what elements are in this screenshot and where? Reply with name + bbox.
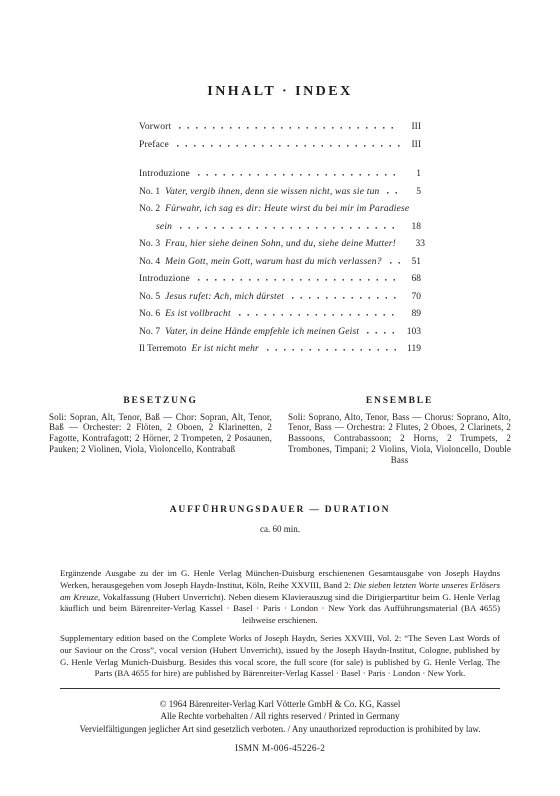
toc-entry-title: Es ist vollbracht [165, 309, 231, 319]
table-of-contents: Vorwort III Preface III Introduzione 1 N… [139, 122, 421, 362]
toc-entry-title: Vorwort [139, 122, 171, 132]
toc-entry-title: Vater, in deine Hände empfehle ich meine… [165, 327, 359, 337]
toc-dot-leader [177, 144, 400, 147]
toc-page-number: 33 [411, 239, 425, 249]
toc-entry-prefix: No. 5 [139, 292, 160, 302]
toc-dot-leader [390, 261, 400, 264]
toc-page-number: 119 [407, 344, 421, 354]
toc-entry-label: No. 3Frau, hier siehe deinen Sohn, und d… [139, 239, 396, 249]
toc-entry-label: No. 1Vater, vergib ihnen, denn sie wisse… [139, 187, 379, 197]
toc-dot-leader [267, 348, 400, 351]
toc-entry-title: Mein Gott, mein Gott, warum hast du mich… [165, 257, 382, 267]
ensemble-heading: ENSEMBLE [288, 396, 511, 406]
toc-entry-title: Frau, hier siehe deinen Sohn, und du, si… [165, 239, 396, 249]
toc-page-number: III [407, 122, 421, 132]
toc-page-number: 70 [407, 292, 421, 302]
toc-row-introduzione-2: Introduzione 68 [139, 274, 421, 292]
toc-entry-label: No. 6Es ist vollbracht [139, 309, 231, 319]
toc-entry-prefix: No. 1 [139, 187, 160, 197]
score-index-page: INHALT · INDEX Vorwort III Preface III I… [0, 0, 560, 796]
toc-entry-label: No. 2Fürwahr, ich sag es dir: Heute wirs… [139, 204, 409, 214]
toc-row-terremoto: Il TerremotoEr ist nicht mehr 119 [139, 344, 421, 362]
besetzung-column: BESETZUNG Soli: Sopran, Alt, Tenor, Baß … [49, 396, 272, 466]
toc-page-number: 51 [407, 257, 421, 267]
toc-page-number: 103 [407, 327, 421, 337]
toc-dot-leader [367, 331, 400, 334]
toc-dot-leader [198, 173, 400, 176]
toc-entry-prefix: No. 2 [139, 204, 160, 214]
duration-value: ca. 60 min. [0, 524, 560, 534]
duration-heading: AUFFÜHRUNGSDAUER — DURATION [0, 505, 560, 515]
toc-entry-label: sein [156, 222, 172, 232]
note-german: Ergänzende Ausgabe zu der im G. Henle Ve… [60, 568, 500, 626]
toc-entry-prefix: Il Terremoto [139, 344, 186, 354]
toc-entry-label: Vorwort [139, 122, 171, 132]
toc-entry-prefix: No. 6 [139, 309, 160, 319]
toc-entry-label: Introduzione [139, 169, 190, 179]
toc-row-no6: No. 6Es ist vollbracht 89 [139, 309, 421, 327]
toc-entry-label: No. 7Vater, in deine Hände empfehle ich … [139, 327, 359, 337]
note-english: Supplementary edition based on the Compl… [60, 633, 500, 679]
toc-entry-title: sein [156, 222, 172, 232]
reproduction-line: Vervielfältigungen jeglicher Art sind ge… [0, 723, 560, 735]
toc-entry-prefix: No. 3 [139, 239, 160, 249]
ensemble-column: ENSEMBLE Soli: Soprano, Alto, Tenor, Bas… [288, 396, 511, 466]
toc-dot-leader [179, 126, 400, 129]
toc-row-preface: Preface III [139, 140, 421, 158]
ismn-number: ISMN M-006-45226-2 [0, 744, 560, 754]
imprint-block: © 1964 Bärenreiter-Verlag Karl Vötterle … [0, 698, 560, 735]
toc-entry-title: Er ist nicht mehr [191, 344, 259, 354]
toc-page-number: 89 [407, 309, 421, 319]
toc-row-no4: No. 4Mein Gott, mein Gott, warum hast du… [139, 257, 421, 275]
toc-entry-title: Preface [139, 140, 169, 150]
toc-page-number: 68 [407, 274, 421, 284]
toc-entry-label: No. 4Mein Gott, mein Gott, warum hast du… [139, 257, 382, 267]
toc-page-number: 18 [407, 222, 421, 232]
toc-row-no1: No. 1Vater, vergib ihnen, denn sie wisse… [139, 187, 421, 205]
toc-row-no5: No. 5Jesus rufet: Ach, mich dürstet 70 [139, 292, 421, 310]
toc-page-number: 5 [407, 187, 421, 197]
toc-entry-label: Il TerremotoEr ist nicht mehr [139, 344, 259, 354]
toc-dot-leader [198, 278, 400, 281]
toc-dot-leader [239, 313, 400, 316]
toc-entry-title: Jesus rufet: Ach, mich dürstet [165, 292, 284, 302]
toc-dot-leader [387, 191, 400, 194]
ensemble-text: Soli: Soprano, Alto, Tenor, Bass — Choru… [288, 412, 511, 466]
toc-row-no2: No. 2Fürwahr, ich sag es dir: Heute wirs… [139, 204, 421, 222]
toc-page-number: 1 [407, 169, 421, 179]
toc-dot-leader [292, 296, 400, 299]
divider-rule [60, 688, 500, 689]
toc-page-number: III [407, 140, 421, 150]
besetzung-heading: BESETZUNG [49, 396, 272, 406]
toc-dot-leader [180, 226, 400, 229]
note-german-post: , Vokalfassung (Hubert Unverricht). Nebe… [60, 592, 500, 625]
toc-row-vorwort: Vorwort III [139, 122, 421, 140]
copyright-line: © 1964 Bärenreiter-Verlag Karl Vötterle … [0, 698, 560, 710]
toc-entry-label: No. 5Jesus rufet: Ach, mich dürstet [139, 292, 284, 302]
instrumentation-section: BESETZUNG Soli: Sopran, Alt, Tenor, Baß … [49, 396, 511, 466]
toc-entry-prefix: No. 4 [139, 257, 160, 267]
toc-row-no3: No. 3Frau, hier siehe deinen Sohn, und d… [139, 239, 421, 257]
rights-line: Alle Rechte vorbehalten / All rights res… [0, 710, 560, 722]
toc-entry-prefix: No. 7 [139, 327, 160, 337]
toc-entry-label: Preface [139, 140, 169, 150]
besetzung-text: Soli: Sopran, Alt, Tenor, Baß — Chor: So… [49, 412, 272, 455]
toc-row-introduzione-1: Introduzione 1 [139, 169, 421, 187]
toc-row-no7: No. 7Vater, in deine Hände empfehle ich … [139, 327, 421, 345]
page-title: INHALT · INDEX [0, 84, 560, 100]
toc-entry-title: Introduzione [139, 274, 190, 284]
toc-entry-label: Introduzione [139, 274, 190, 284]
toc-entry-title: Introduzione [139, 169, 190, 179]
toc-entry-title: Fürwahr, ich sag es dir: Heute wirst du … [165, 204, 409, 214]
toc-entry-title: Vater, vergib ihnen, denn sie wissen nic… [165, 187, 379, 197]
toc-row-no2-continuation: sein 18 [139, 222, 421, 240]
